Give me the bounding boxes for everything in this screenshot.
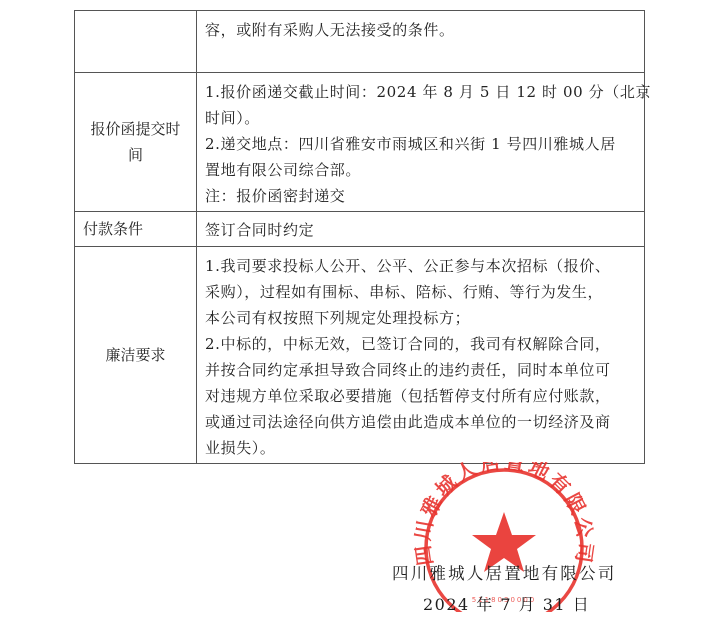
content-line: 签订合同时约定 [205,217,636,243]
content-line: 本公司有权按照下列规定处理投标方； [205,305,636,331]
row-content-integrity-requirements: 1.我司要求投标人公开、公平、公正参与本次招标（报价、 采购），过程如有围标、串… [197,247,645,464]
content-line: 或通过司法途径向供方追偿由此造成本单位的一切经济及商 [205,409,636,435]
table-row-submission-time: 报价函提交时 间 1.报价函递交截止时间：2024 年 8 月 5 日 12 时… [75,73,645,212]
label-line: 间 [81,142,190,168]
row-label-integrity-requirements: 廉洁要求 [75,247,197,464]
content-line: 1.我司要求投标人公开、公平、公正参与本次招标（报价、 [205,253,636,279]
content-line: 1.报价函递交截止时间：2024 年 8 月 5 日 12 时 00 分（北京 [205,79,636,105]
content-line: 容，或附有采购人无法接受的条件。 [205,17,636,43]
content-line: 对违规方单位采取必要措施（包括暂停支付所有应付账款， [205,383,636,409]
row-content-payment-terms: 签订合同时约定 [197,212,645,247]
content-line: 2.递交地点：四川省雅安市雨城区和兴街 1 号四川雅城人居 [205,131,636,157]
table-row-continuation: 容，或附有采购人无法接受的条件。 [75,11,645,73]
content-line: 时间）。 [205,105,636,131]
signature-date: 2024 年 7 月 31 日 [423,592,590,615]
row-label-payment-terms: 付款条件 [75,212,197,247]
company-seal-stamp: 四川雅城人居置地有限公司 5118030000 [405,462,603,612]
seal-icon: 四川雅城人居置地有限公司 5118030000 [405,462,603,612]
content-line: 业损失）。 [205,435,636,461]
table-row-integrity-requirements: 廉洁要求 1.我司要求投标人公开、公平、公正参与本次招标（报价、 采购），过程如… [75,247,645,464]
row-label-submission-time: 报价函提交时 间 [75,73,197,212]
content-line: 置地有限公司综合部。 [205,157,636,183]
row-label [75,11,197,73]
procurement-terms-table: 容，或附有采购人无法接受的条件。 报价函提交时 间 1.报价函递交截止时间：20… [74,10,645,464]
signature-company: 四川雅城人居置地有限公司 [392,560,616,584]
row-content: 容，或附有采购人无法接受的条件。 [197,11,645,73]
label-line: 报价函提交时 [81,116,190,142]
content-line: 并按合同约定承担导致合同终止的违约责任，同时本单位可 [205,357,636,383]
content-line: 采购），过程如有围标、串标、陪标、行贿、等行为发生， [205,279,636,305]
row-content-submission-time: 1.报价函递交截止时间：2024 年 8 月 5 日 12 时 00 分（北京 … [197,73,645,212]
content-line: 2.中标的，中标无效，已签订合同的，我司有权解除合同， [205,331,636,357]
content-line: 注：报价函密封递交 [205,183,636,209]
table-row-payment-terms: 付款条件 签订合同时约定 [75,212,645,247]
